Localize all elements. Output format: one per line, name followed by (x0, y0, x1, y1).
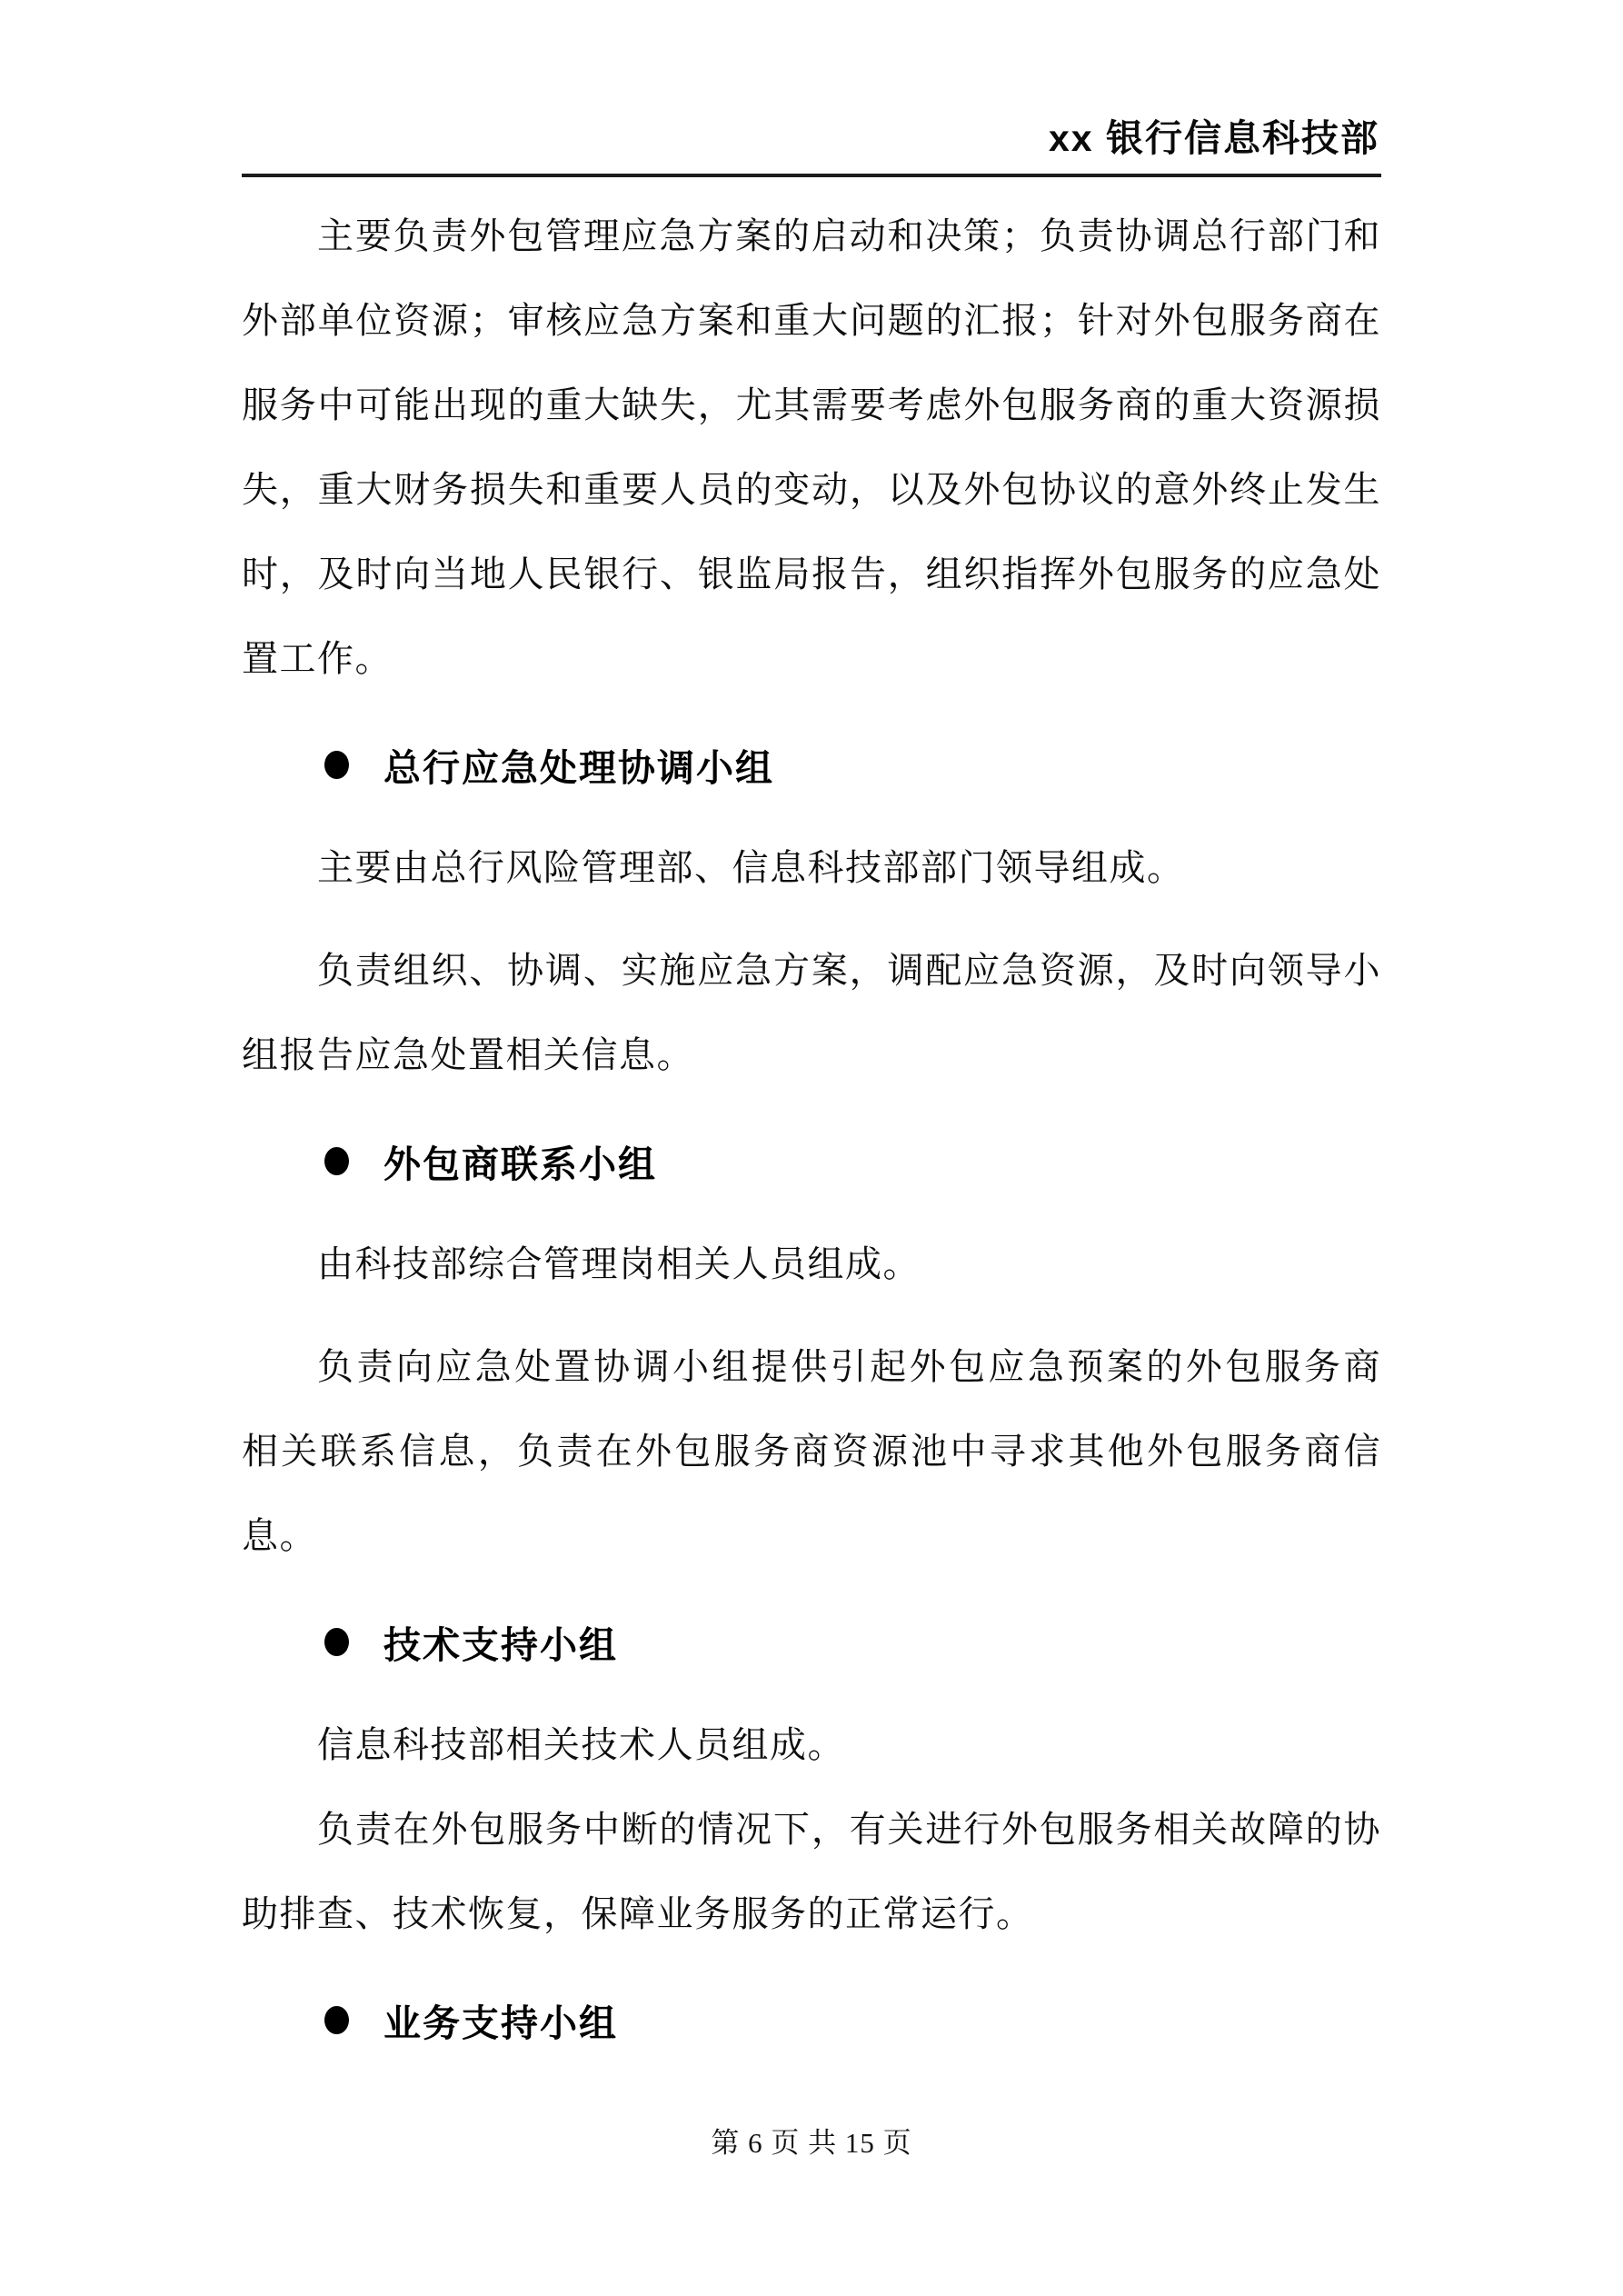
text-line: 相关联系信息，负责在外包服务商资源池中寻求其他外包服务商信 (242, 1409, 1381, 1493)
bullet-icon (324, 1147, 349, 1175)
footer-page-number: 第 6 页 共 15 页 (0, 2123, 1623, 2163)
bullet-heading-tech-support-group: 技术支持小组 (324, 1600, 1381, 1684)
paragraph-vendor-contact-duties: 负责向应急处置协调小组提供引起外包应急预案的外包服务商 相关联系信息，负责在外包… (242, 1324, 1381, 1578)
document-page: xx 银行信息科技部 主要负责外包管理应急方案的启动和决策；负责协调总行部门和 … (0, 0, 1623, 2296)
text-line: 助排查、技术恢复，保障业务服务的正常运行。 (242, 1872, 1381, 1956)
text-line: 失，重大财务损失和重要人员的变动，以及外包协议的意外终止发生 (242, 447, 1381, 532)
document-body: 主要负责外包管理应急方案的启动和决策；负责协调总行部门和 外部单位资源；审核应急… (242, 194, 1381, 2062)
paragraph-tech-support-duties: 负责在外包服务中断的情况下，有关进行外包服务相关故障的协 助排查、技术恢复，保障… (242, 1787, 1381, 1956)
bullet-heading-vendor-contact-group: 外包商联系小组 (324, 1119, 1381, 1203)
text-line: 服务中可能出现的重大缺失，尤其需要考虑外包服务商的重大资源损 (242, 363, 1381, 447)
text-line: 负责在外包服务中断的情况下，有关进行外包服务相关故障的协 (242, 1787, 1381, 1872)
paragraph-leadership-duties: 主要负责外包管理应急方案的启动和决策；负责协调总行部门和 外部单位资源；审核应急… (242, 194, 1381, 701)
text-line: 组报告应急处置相关信息。 (242, 1013, 1381, 1097)
bullet-icon (324, 751, 349, 779)
bullet-icon (324, 1628, 349, 1656)
bullet-heading-label: 外包商联系小组 (383, 1134, 657, 1188)
text-line: 置工作。 (242, 616, 1381, 701)
bullet-icon (324, 2006, 349, 2034)
bullet-heading-label: 总行应急处理协调小组 (383, 738, 774, 792)
bullet-heading-business-support-group: 业务支持小组 (324, 1978, 1381, 2062)
text-line: 外部单位资源；审核应急方案和重大问题的汇报；针对外包服务商在 (242, 278, 1381, 363)
text-line: 信息科技部相关技术人员组成。 (242, 1702, 1381, 1787)
bullet-heading-label: 技术支持小组 (383, 1615, 618, 1669)
header-department-title: xx 银行信息科技部 (242, 115, 1379, 162)
text-line: 由科技部综合管理岗相关人员组成。 (242, 1222, 1381, 1306)
text-line: 负责向应急处置协调小组提供引起外包应急预案的外包服务商 (242, 1324, 1381, 1409)
bullet-heading-coordination-group: 总行应急处理协调小组 (324, 723, 1381, 807)
paragraph-tech-support-members: 信息科技部相关技术人员组成。 (242, 1702, 1381, 1787)
bullet-heading-label: 业务支持小组 (383, 1993, 618, 2047)
text-line: 时，及时向当地人民银行、银监局报告，组织指挥外包服务的应急处 (242, 532, 1381, 616)
paragraph-vendor-contact-members: 由科技部综合管理岗相关人员组成。 (242, 1222, 1381, 1306)
text-line: 负责组织、协调、实施应急方案，调配应急资源，及时向领导小 (242, 928, 1381, 1013)
text-line: 息。 (242, 1493, 1381, 1578)
text-line: 主要负责外包管理应急方案的启动和决策；负责协调总行部门和 (242, 194, 1381, 278)
paragraph-coordination-members: 主要由总行风险管理部、信息科技部部门领导组成。 (242, 825, 1381, 910)
header-rule (242, 174, 1381, 177)
text-line: 主要由总行风险管理部、信息科技部部门领导组成。 (242, 825, 1381, 910)
paragraph-coordination-duties: 负责组织、协调、实施应急方案，调配应急资源，及时向领导小 组报告应急处置相关信息… (242, 928, 1381, 1097)
